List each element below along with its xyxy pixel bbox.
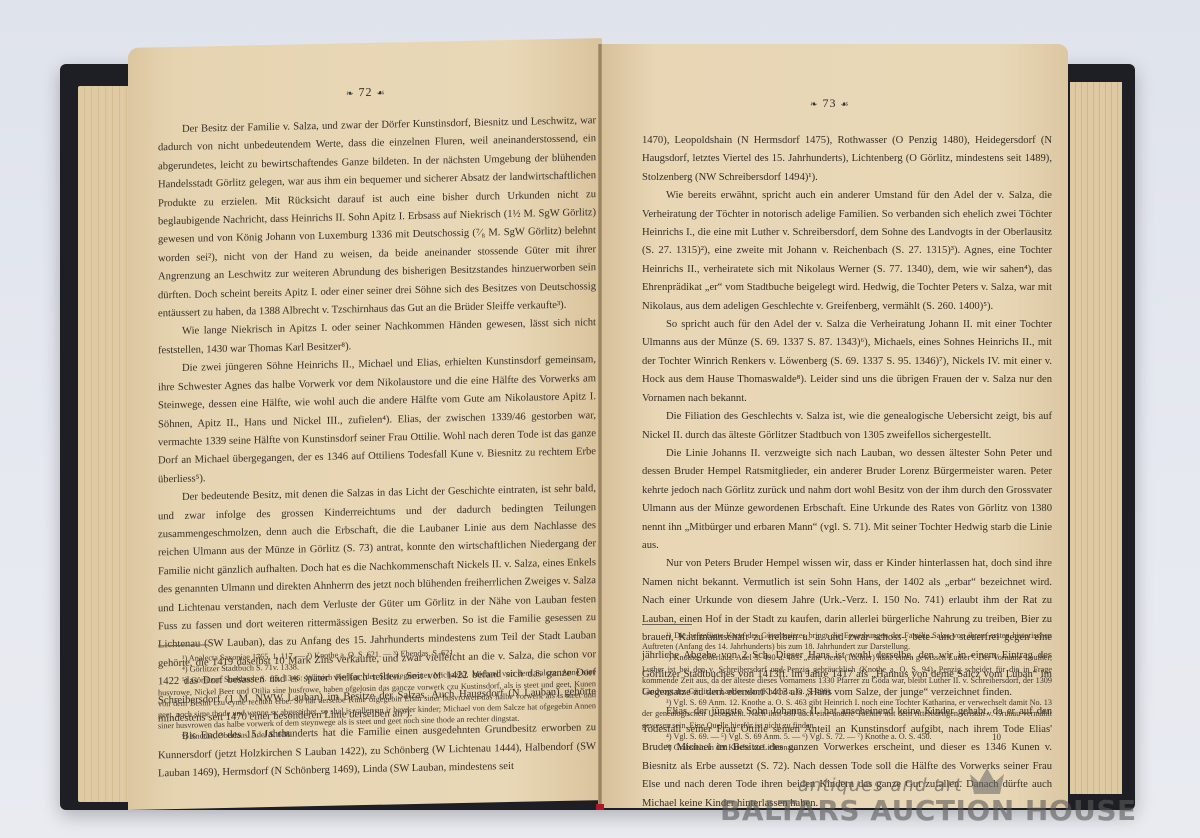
paragraph: So spricht auch für den Adel der v. Salz… [642, 316, 1052, 408]
ornament-icon: ❧ [810, 99, 819, 109]
right-page: ❧ 73 ☙ 1470), Leopoldshain (N Hermsdorf … [600, 44, 1068, 808]
ornament-icon: ❧ [346, 88, 355, 98]
ornament-icon: ☙ [841, 99, 850, 109]
paragraph: 1470), Leopoldshain (N Hermsdorf 1475), … [642, 132, 1052, 187]
ribbon-bookmark [596, 804, 604, 810]
book-gutter [598, 44, 602, 810]
left-page: ❧ 72 ☙ Der Besitz der Familie v. Salza, … [128, 38, 602, 810]
paragraph: Die zwei jüngeren Söhne Heinrichs II., M… [158, 351, 596, 489]
paragraph: Die Filiation des Geschlechts v. Salza i… [642, 408, 1052, 445]
page-number-text: 72 [359, 85, 373, 99]
ornament-icon: ☙ [377, 88, 386, 98]
paragraph: Die Linie Johanns II. verzweigte sich na… [642, 445, 1052, 555]
footnote: ⁴) Vgl. S. 69. — ⁵) Vgl. S. 69 Anm. 5. —… [642, 731, 1052, 742]
footnote: ⁸) Grabstein in der Kirche zu Lichtenau. [642, 742, 1052, 753]
right-footnotes: ¹) Die beigefügte Karte des Güterbesitze… [642, 630, 1052, 753]
footnote: ⁵) Görlitzer Stadtbuch S. 85. 1346: Winr… [158, 667, 596, 732]
footnote: ³) Vgl. S. 69 Anm. 12. Knothe a. O. S. 4… [642, 697, 1052, 731]
paragraph: Der Besitz der Familie v. Salza, und zwa… [158, 112, 596, 324]
signature-mark: 10 [992, 732, 1001, 742]
left-footnotes: ¹) Analecta Saxoniae 1765. 1, 117. — ²) … [158, 644, 596, 743]
footnote: ²) Knothe, Oberlaus. Adel S. 490 u. 463:… [642, 652, 1052, 697]
paragraph: Wie bereits erwähnt, spricht auch ein an… [642, 187, 1052, 316]
page-number-left: ❧ 72 ☙ [346, 85, 386, 101]
footnote: ¹) Die beigefügte Karte des Güterbesitze… [642, 630, 1052, 652]
page-number-text: 73 [823, 96, 837, 110]
footnote-rule [642, 624, 692, 625]
page-stack-right [1070, 82, 1122, 794]
page-number-right: ❧ 73 ☙ [810, 96, 850, 111]
